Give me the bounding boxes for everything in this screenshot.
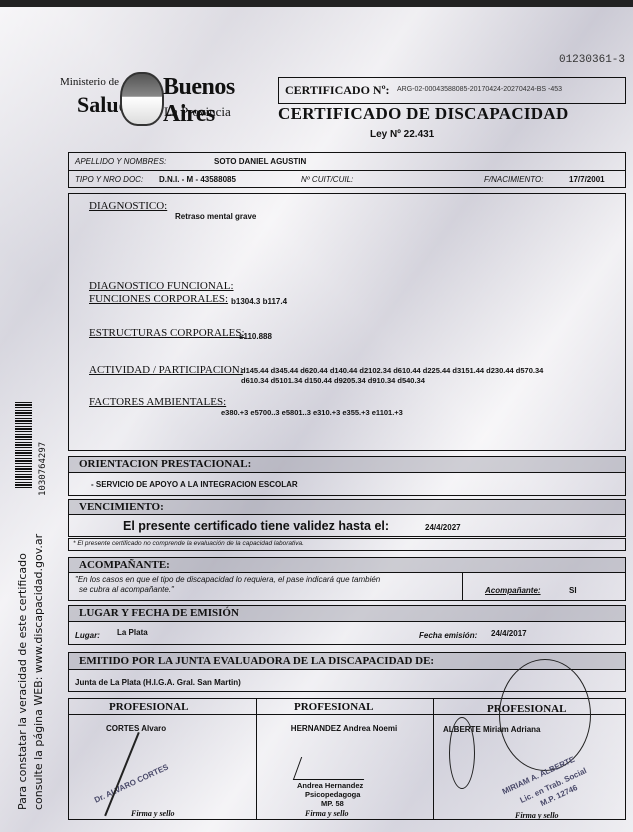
companion-field-label: Acompañante:	[485, 586, 541, 595]
province-sub: La Provincia	[164, 104, 231, 120]
professional-1-stamp: Dr. ALVARO CORTES	[93, 762, 170, 804]
diagnosis-box: DIAGNOSTICO: Retraso mental grave DIAGNO…	[68, 193, 626, 451]
name-label: APELLIDO Y NOMBRES:	[75, 157, 166, 166]
top-edge	[0, 0, 633, 7]
professional-3-signature	[449, 717, 475, 789]
body-structures-value: s110.888	[239, 332, 272, 341]
environmental-label: FACTORES AMBIENTALES:	[89, 396, 226, 408]
place-value: La Plata	[117, 628, 148, 637]
companion-label: ACOMPAÑANTE:	[69, 558, 625, 573]
cuit-label: Nº CUIT/CUIL:	[301, 175, 353, 184]
diagnosis-value: Retraso mental grave	[175, 212, 256, 221]
board-value: Junta de La Plata (H.I.G.A. Gral. San Ma…	[75, 678, 241, 687]
environmental-value: e380.+3 e5700..3 e5801..3 e310.+3 e355.+…	[221, 408, 403, 417]
professional-2-footer: Firma y sello	[305, 809, 349, 818]
professional-2-name: HERNANDEZ Andrea Noemi	[274, 724, 414, 733]
ministry-line1: Ministerio de	[60, 76, 119, 88]
companion-box: ACOMPAÑANTE: "En los casos en que el tip…	[68, 557, 626, 601]
activity-label: ACTIVIDAD / PARTICIPACION:	[89, 364, 243, 376]
document-title: CERTIFICADO DE DISCAPACIDAD	[278, 104, 569, 124]
companion-note-line2: se cubra al acompañante."	[79, 585, 174, 594]
barcode-number: 1030764297	[38, 442, 48, 496]
certificate-number-label: CERTIFICADO Nº:	[285, 83, 390, 98]
expiry-text: El presente certificado tiene validez ha…	[123, 519, 389, 533]
law-reference: Ley Nº 22.431	[370, 129, 434, 140]
birth-value: 17/7/2001	[569, 175, 605, 184]
birth-label: F/NACIMIENTO:	[484, 175, 543, 184]
professional-3-signature-loop	[499, 659, 591, 771]
expiry-date: 24/4/2027	[425, 523, 461, 532]
doc-label: TIPO Y NRO DOC:	[75, 175, 143, 184]
coat-of-arms-icon	[120, 72, 164, 126]
certificate-number: ARG-02-00043588085-20170424-20270424-BS …	[397, 86, 562, 93]
diagnosis-label: DIAGNOSTICO:	[89, 200, 167, 212]
place-label: Lugar:	[75, 631, 100, 640]
professionals-box: PROFESIONAL CORTES Alvaro Dr. ALVARO COR…	[68, 698, 626, 820]
companion-note-line1: "En los casos en que el tipo de discapac…	[75, 575, 380, 584]
ministry-logo: Ministerio de Salud Buenos Aires La Prov…	[60, 70, 260, 125]
professional-3-footer: Firma y sello	[515, 811, 559, 820]
expiry-box: VENCIMIENTO: El presente certificado tie…	[68, 499, 626, 537]
activity-line2: d610.34 d5101.34 d150.44 d9205.34 d910.3…	[241, 376, 425, 385]
expiry-label: VENCIMIENTO:	[69, 500, 625, 515]
serial-number: 01230361-3	[559, 54, 625, 66]
professional-1-signature	[104, 732, 139, 816]
issue-label: LUGAR Y FECHA DE EMISIÓN	[69, 606, 625, 622]
professional-1-header: PROFESIONAL	[109, 701, 188, 713]
issue-date-value: 24/4/2017	[491, 629, 527, 638]
professional-2-stamp-line2: Psicopedagoga	[305, 790, 360, 799]
verify-line2: consulte la página WEB: www.discapacidad…	[32, 534, 45, 810]
activity-line1: d145.44 d345.44 d620.44 d140.44 d2102.34…	[241, 366, 543, 375]
issue-box: LUGAR Y FECHA DE EMISIÓN Lugar: La Plata…	[68, 605, 626, 645]
expiry-note: * El presente certificado no comprende l…	[73, 540, 304, 547]
functional-diagnosis-label: DIAGNOSTICO FUNCIONAL:	[89, 280, 234, 292]
doc-value: D.N.I. - M - 43588085	[159, 175, 236, 184]
professional-2-signature	[293, 757, 372, 780]
barcode	[15, 402, 32, 490]
professional-2-stamp-line1: Andrea Hernandez	[297, 781, 363, 790]
name-value: SOTO DANIEL AGUSTIN	[214, 157, 306, 166]
verify-line1: Para constatar la veracidad de este cert…	[16, 553, 29, 810]
body-functions-value: b1304.3 b117.4	[231, 297, 287, 306]
body-structures-label: ESTRUCTURAS CORPORALES:	[89, 327, 245, 339]
certificate-document: 01230361-3 Ministerio de Salud Buenos Ai…	[0, 0, 633, 832]
professional-1-name: CORTES Alvaro	[106, 724, 166, 733]
professional-2-header: PROFESIONAL	[294, 701, 373, 713]
body-functions-label: FUNCIONES CORPORALES:	[89, 293, 228, 305]
orientation-value: - SERVICIO DE APOYO A LA INTEGRACION ESC…	[91, 480, 298, 489]
orientation-label: ORIENTACION PRESTACIONAL:	[69, 457, 625, 473]
professional-2-stamp-line3: MP. 58	[321, 799, 344, 808]
person-info-box: APELLIDO Y NOMBRES: SOTO DANIEL AGUSTIN …	[68, 152, 626, 188]
certificate-number-box: CERTIFICADO Nº: ARG-02-00043588085-20170…	[278, 77, 626, 104]
issue-date-label: Fecha emisión:	[419, 631, 477, 640]
expiry-note-box: * El presente certificado no comprende l…	[68, 538, 626, 551]
orientation-box: ORIENTACION PRESTACIONAL: - SERVICIO DE …	[68, 456, 626, 496]
companion-field-value: SI	[569, 586, 577, 595]
professional-1-footer: Firma y sello	[131, 809, 175, 818]
